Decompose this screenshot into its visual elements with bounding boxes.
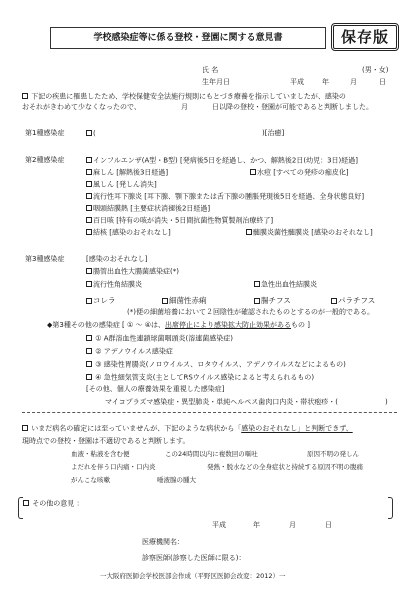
other-item-bronchiolitis: ④ 急性細気管支炎(主としてRSウイルス感染によると考えられるもの) bbox=[86, 374, 314, 382]
category2-item-rubella: 風しん [発しん消失] bbox=[86, 181, 157, 189]
item-text: ③ 感染性胃腸炎(ノロウイルス、ロタウイルス、アデノウイルスなどによるもの) bbox=[95, 361, 346, 369]
checkbox[interactable] bbox=[86, 193, 92, 199]
checkbox[interactable] bbox=[254, 281, 260, 287]
item-text: ② アデノウイルス感染症 bbox=[95, 348, 173, 356]
category3-note: [感染のおそれなし] bbox=[86, 256, 147, 263]
statement1-text1: 下記の疾患に罹患したため、学校保健安全法施行規則にもとづき療養を指示していました… bbox=[31, 93, 346, 101]
statement1-text2a: おそれがきわめて少なくなったので、 bbox=[22, 103, 141, 111]
category2-item-meningococcal: 髄膜炎菌性髄膜炎 [感染のおそれなし] bbox=[246, 229, 373, 237]
category2-item-tuberculosis: 結核 [感染のおそれなし] bbox=[86, 229, 171, 237]
checkbox[interactable] bbox=[86, 298, 92, 304]
dob-era: 平成 bbox=[290, 79, 304, 86]
opinion-row: その他の意見 ： bbox=[23, 500, 83, 508]
other-item-gastroenteritis: ③ 感染性胃腸炎(ノロウイルス、ロタウイルス、アデノウイルスなどによるもの) bbox=[86, 361, 346, 369]
item-text: 細菌性赤痢 bbox=[169, 296, 207, 305]
paren-open: ( bbox=[93, 130, 96, 138]
checkbox[interactable] bbox=[86, 268, 92, 274]
doctor-label: 診察医師(診察した医師に限る)： bbox=[142, 555, 245, 562]
checkbox[interactable] bbox=[162, 298, 168, 304]
statement2-checkbox[interactable] bbox=[22, 425, 28, 431]
statement1-text2b: 日以降の登校・登園が可能であると判断しました。 bbox=[212, 104, 373, 111]
footer-year: 年 bbox=[253, 522, 260, 529]
item-text: 流行性耳下腺炎 [耳下腺、顎下腺または舌下腺の腫脹発現後5日を経過、全身状態良好… bbox=[93, 193, 364, 201]
statement2-line1: いまだ病名の確定には至っていませんが、下記のような病状から「感染のおそれなし」と… bbox=[22, 425, 353, 433]
statement1-line1: 下記の疾患に罹患したため、学校保健安全法施行規則にもとづき療養を指示していました… bbox=[22, 93, 346, 101]
category3-label: 第3種感染症 bbox=[25, 256, 64, 263]
opinion-field[interactable] bbox=[95, 498, 380, 516]
checkbox[interactable] bbox=[331, 298, 337, 304]
title-text: 学校感染症等に係る登校・登園に関する意見書 bbox=[93, 34, 282, 43]
item-text: 髄膜炎菌性髄膜炎 [感染のおそれなし] bbox=[253, 229, 373, 237]
symptom-stomatitis: よだれを伴う口内痛・口内炎 bbox=[71, 464, 156, 471]
item-text: インフルエンザ(A型・B型) [発病後5日を経過し、かつ、解熱後2日(幼児：3日… bbox=[93, 157, 358, 165]
category2-item-mumps: 流行性耳下腺炎 [耳下腺、顎下腺または舌下腺の腫脹発現後5日を経過、全身状態良好… bbox=[86, 193, 364, 201]
other-header-text: ◆第3種その他の感染症 [ ① ～ ④は、 bbox=[47, 321, 165, 329]
category3-item-typhoid: 腸チフス bbox=[254, 297, 291, 305]
category2-item-pharyngoconjunctival: 咽頭結膜熱 [主要症状消褪後2日経過] bbox=[86, 205, 210, 213]
other-header-underlined: 出席停止により感染拡大防止効果がある bbox=[165, 321, 291, 329]
other-header-end: もの ] bbox=[291, 321, 310, 329]
stamp-hozonban: 保存版 bbox=[331, 23, 399, 51]
other-item-strep: ① A群溶血性連鎖球菌咽頭炎(溶連菌感染症) bbox=[86, 335, 233, 343]
category1-checkbox[interactable] bbox=[86, 130, 92, 136]
category1-label: 第1種感染症 bbox=[25, 130, 64, 137]
category3-item-ekc: 流行性角結膜炎 bbox=[86, 281, 142, 289]
category2-item-varicella: 水痘 [すべての発疹の痂皮化] bbox=[250, 169, 349, 177]
item-text: コレラ bbox=[93, 296, 116, 305]
document-title: 学校感染症等に係る登校・登園に関する意見書 bbox=[50, 27, 326, 49]
checkbox[interactable] bbox=[86, 281, 92, 287]
checkbox[interactable] bbox=[86, 169, 92, 175]
symptom-vomiting: この24時間以内に複数回の嘔吐 bbox=[165, 451, 258, 458]
item-text: 腸管出血性大腸菌感染症(*) bbox=[93, 268, 179, 276]
category3-item-shigellosis: 細菌性赤痢 bbox=[162, 297, 207, 305]
checkbox[interactable] bbox=[250, 169, 256, 175]
item-text: 百日咳 [特有の咳が消失・5日間抗菌性物質製剤治療終了] bbox=[93, 217, 273, 225]
item-text: 急性出血性結膜炎 bbox=[261, 281, 317, 289]
other-header: ◆第3種その他の感染症 [ ① ～ ④は、出席停止により感染拡大防止効果があるも… bbox=[47, 322, 310, 329]
statement2-text1-underlined: 感染のおそれなし」と判断できず、 bbox=[241, 425, 352, 433]
checkbox[interactable] bbox=[86, 181, 92, 187]
item-text: 水痘 [すべての発疹の痂皮化] bbox=[257, 169, 349, 177]
statement1-month: 月 bbox=[181, 104, 188, 111]
item-text: パラチフス bbox=[338, 296, 375, 305]
footer-era: 平成 bbox=[212, 522, 226, 529]
footer-credit: 一大阪府医師会学校医部会作成（平野区医師会改変：2012）一 bbox=[100, 573, 286, 580]
item-text: 結核 [感染のおそれなし] bbox=[93, 229, 171, 237]
category2-item-influenza: インフルエンザ(A型・B型) [発病後5日を経過し、かつ、解熱後2日(幼児：3日… bbox=[86, 157, 358, 165]
checkbox[interactable] bbox=[86, 335, 92, 341]
checkbox[interactable] bbox=[86, 361, 92, 367]
checkbox[interactable] bbox=[86, 348, 92, 354]
name-label: 氏 名 bbox=[202, 67, 218, 74]
category2-item-pertussis: 百日咳 [特有の咳が消失・5日間抗菌性物質製剤治療終了] bbox=[86, 217, 273, 225]
doctor-field[interactable] bbox=[260, 552, 390, 562]
dob-month: 月 bbox=[350, 79, 357, 86]
symptom-rash: 原因不明の発しん bbox=[307, 451, 359, 458]
symptom-bloody-stool: 血液・粘液を含む便 bbox=[71, 451, 130, 458]
item-text: 流行性角結膜炎 bbox=[93, 281, 142, 289]
institution-field[interactable] bbox=[190, 536, 380, 546]
item-text: 風しん [発しん消失] bbox=[93, 181, 157, 189]
category3-item-cholera: コレラ bbox=[86, 297, 116, 305]
checkbox[interactable] bbox=[246, 229, 252, 235]
statement1-line2: おそれがきわめて少なくなったので、 bbox=[22, 104, 141, 111]
checkbox[interactable] bbox=[86, 217, 92, 223]
checkbox[interactable] bbox=[254, 298, 260, 304]
item-text: 咽頭結膜熱 [主要症状消褪後2日経過] bbox=[93, 205, 210, 213]
category3-item-ahc: 急性出血性結膜炎 bbox=[254, 281, 317, 289]
checkbox[interactable] bbox=[86, 205, 92, 211]
item-text: ① A群溶血性連鎖球菌咽頭炎(溶連菌感染症) bbox=[95, 335, 233, 343]
other-extra-close: ) bbox=[385, 399, 388, 406]
symptom-salivary-swelling: 唾液腺の腫大 bbox=[157, 477, 196, 484]
statement1-checkbox[interactable] bbox=[22, 93, 28, 99]
statement2-line2: 現時点での登校・登園は不適切であると判断します。 bbox=[22, 438, 189, 445]
statement2-text1a: いまだ病名の確定には至っていませんが、下記のような病状から「 bbox=[31, 425, 241, 433]
footer-month: 月 bbox=[289, 522, 296, 529]
institution-label: 医療機関名： bbox=[142, 539, 184, 546]
name-field[interactable] bbox=[225, 64, 355, 74]
category1-item: ( bbox=[86, 130, 96, 138]
other-item-adenovirus: ② アデノウイルス感染症 bbox=[86, 348, 173, 356]
opinion-label: その他の意見 ： bbox=[32, 500, 83, 508]
dob-day: 日 bbox=[379, 79, 386, 86]
opinion-checkbox[interactable] bbox=[23, 500, 29, 506]
symptom-abdominal-pain: 発熱・脱水などの全身症状と持続する原因不明の腹痛 bbox=[207, 464, 363, 471]
gender-selector[interactable]: (男・女) bbox=[362, 67, 388, 74]
category1-cured: )[治癒] bbox=[262, 130, 284, 137]
item-text: 麻しん [解熱後3日経過] bbox=[93, 169, 168, 177]
dob-label: 生年月日 bbox=[202, 79, 230, 86]
section-divider bbox=[22, 412, 397, 413]
footer-day: 日 bbox=[325, 522, 332, 529]
other-extra-header: [その他、個人の療養効果を重視した感染症] bbox=[86, 386, 224, 393]
stamp-text: 保存版 bbox=[341, 30, 389, 45]
opinion-bracket-right bbox=[388, 497, 393, 519]
item-text: 腸チフス bbox=[261, 296, 291, 305]
symptom-cough: がんこな咳嗽 bbox=[71, 477, 110, 484]
category3-item-ehec: 腸管出血性大腸菌感染症(*) bbox=[86, 268, 179, 276]
category3-footnote: (*)便の細菌培養において２回陰性が確認されたものとするのが一般的である。 bbox=[127, 309, 374, 316]
checkbox[interactable] bbox=[86, 157, 92, 163]
checkbox[interactable] bbox=[86, 229, 92, 235]
dob-year: 年 bbox=[322, 79, 329, 86]
other-extra-list: マイコプラズマ感染症・異型肺炎・単純ヘルペス歯肉口内炎・帯状疱疹・( bbox=[105, 399, 338, 406]
checkbox[interactable] bbox=[86, 374, 92, 380]
category3-item-paratyphoid: パラチフス bbox=[331, 297, 375, 305]
category2-item-measles: 麻しん [解熱後3日経過] bbox=[86, 169, 168, 177]
item-text: ④ 急性細気管支炎(主としてRSウイルス感染によると考えられるもの) bbox=[95, 374, 314, 382]
category2-label: 第2種感染症 bbox=[25, 157, 64, 164]
